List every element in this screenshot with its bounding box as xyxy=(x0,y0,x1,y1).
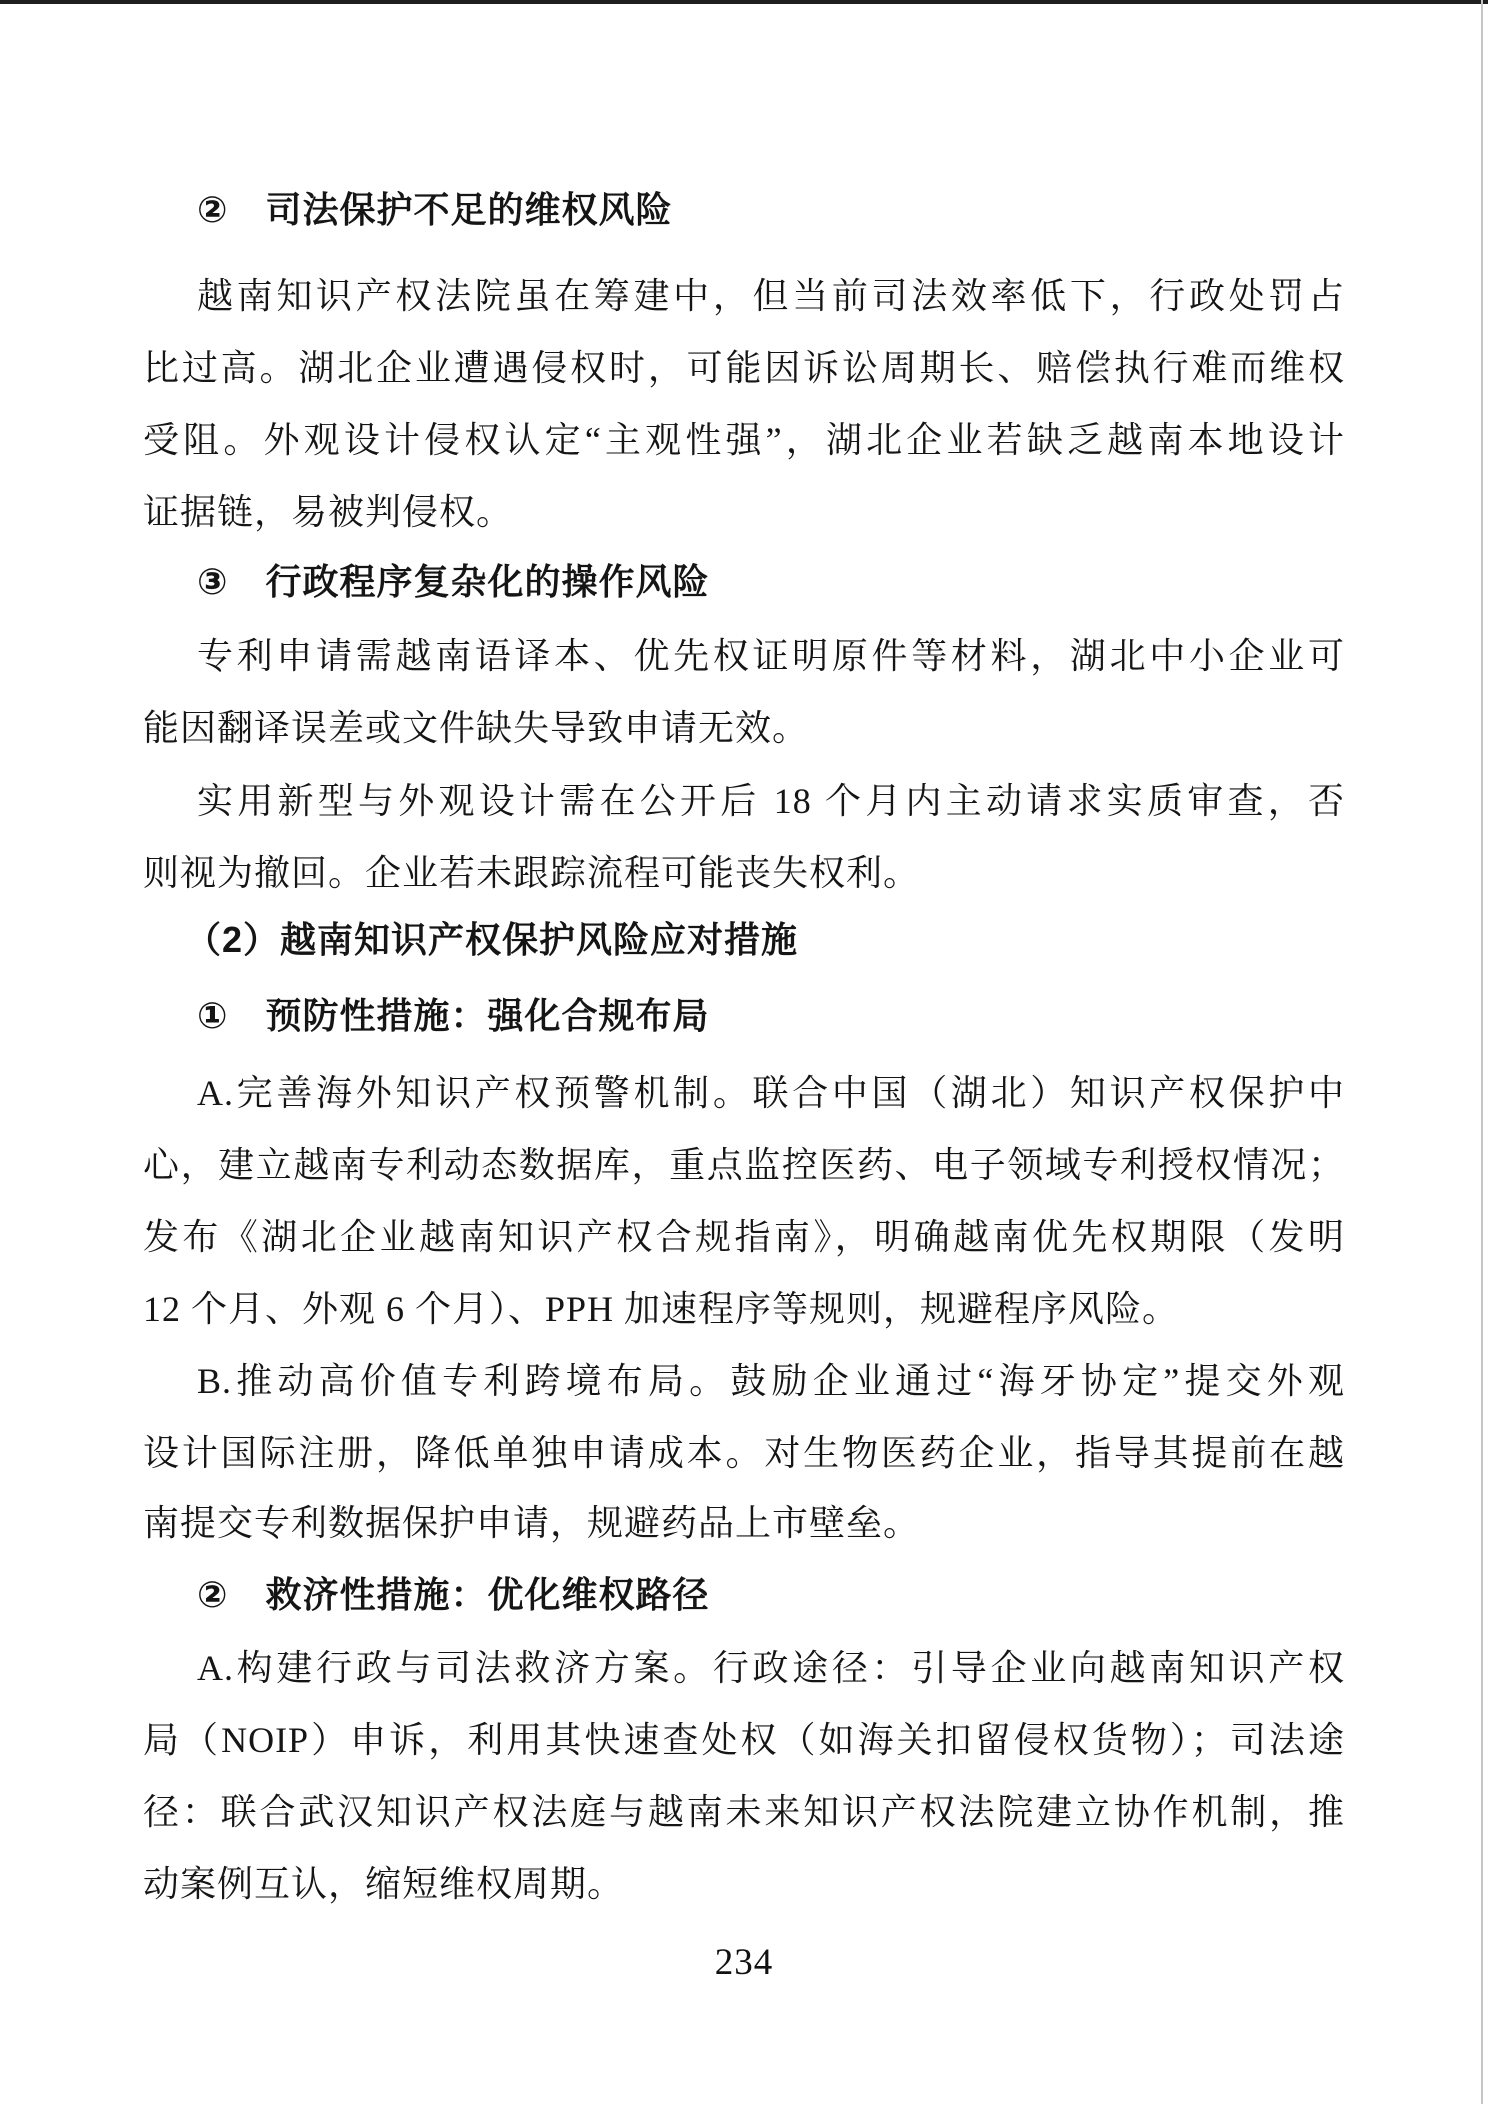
heading-2-judicial-protection-risk: ② 司法保护不足的维权风险 xyxy=(197,174,1399,246)
body-line: 能因翻译误差或文件缺失导致申请无效。 xyxy=(143,692,1345,764)
heading-1-preventive-measures: ① 预防性措施：强化合规布局 xyxy=(197,980,1399,1052)
body-line: 实用新型与外观设计需在公开后 18 个月内主动请求实质审查，否 xyxy=(197,765,1345,837)
scan-artifact-top-edge xyxy=(0,0,1488,4)
body-line: 越南知识产权法院虽在筹建中，但当前司法效率低下，行政处罚占 xyxy=(197,260,1345,332)
body-line: 专利申请需越南语译本、优先权证明原件等材料，湖北中小企业可 xyxy=(197,620,1345,692)
body-line: 南提交专利数据保护申请，规避药品上市壁垒。 xyxy=(143,1487,1345,1559)
scan-artifact-right-edge xyxy=(1481,0,1483,2104)
body-line: 证据链，易被判侵权。 xyxy=(143,476,1345,548)
document-page: ② 司法保护不足的维权风险 越南知识产权法院虽在筹建中，但当前司法效率低下，行政… xyxy=(0,0,1488,2104)
body-line: 则视为撤回。企业若未跟踪流程可能丧失权利。 xyxy=(143,837,1345,909)
page-number: 234 xyxy=(0,1927,1488,1999)
body-line: 12 个月、外观 6 个月）、PPH 加速程序等规则，规避程序风险。 xyxy=(143,1273,1345,1345)
body-line: 发布《湖北企业越南知识产权合规指南》，明确越南优先权期限（发明 xyxy=(143,1201,1345,1273)
body-line: 动案例互认，缩短维权周期。 xyxy=(143,1848,1345,1920)
body-line: 比过高。湖北企业遭遇侵权时，可能因诉讼周期长、赔偿执行难而维权 xyxy=(143,332,1345,404)
body-line: A.完善海外知识产权预警机制。联合中国（湖北）知识产权保护中 xyxy=(197,1057,1345,1129)
body-line: A.构建行政与司法救济方案。行政途径：引导企业向越南知识产权 xyxy=(197,1632,1345,1704)
heading-section-2-ip-protection-countermeasures: （2）越南知识产权保护风险应对措施 xyxy=(185,904,1387,976)
body-line: 径：联合武汉知识产权法庭与越南未来知识产权法院建立协作机制，推 xyxy=(143,1776,1345,1848)
heading-3-administrative-procedure-risk: ③ 行政程序复杂化的操作风险 xyxy=(197,546,1399,618)
body-line: 心，建立越南专利动态数据库，重点监控医药、电子领域专利授权情况； xyxy=(143,1129,1345,1201)
heading-2-remedial-measures: ② 救济性措施：优化维权路径 xyxy=(197,1559,1399,1631)
body-line: 设计国际注册，降低单独申请成本。对生物医药企业，指导其提前在越 xyxy=(143,1417,1345,1489)
body-line: B.推动高价值专利跨境布局。鼓励企业通过“海牙协定”提交外观 xyxy=(197,1345,1345,1417)
body-line: 受阻。外观设计侵权认定“主观性强”，湖北企业若缺乏越南本地设计 xyxy=(143,404,1345,476)
body-line: 局（NOIP）申诉，利用其快速查处权（如海关扣留侵权货物）；司法途 xyxy=(143,1704,1345,1776)
